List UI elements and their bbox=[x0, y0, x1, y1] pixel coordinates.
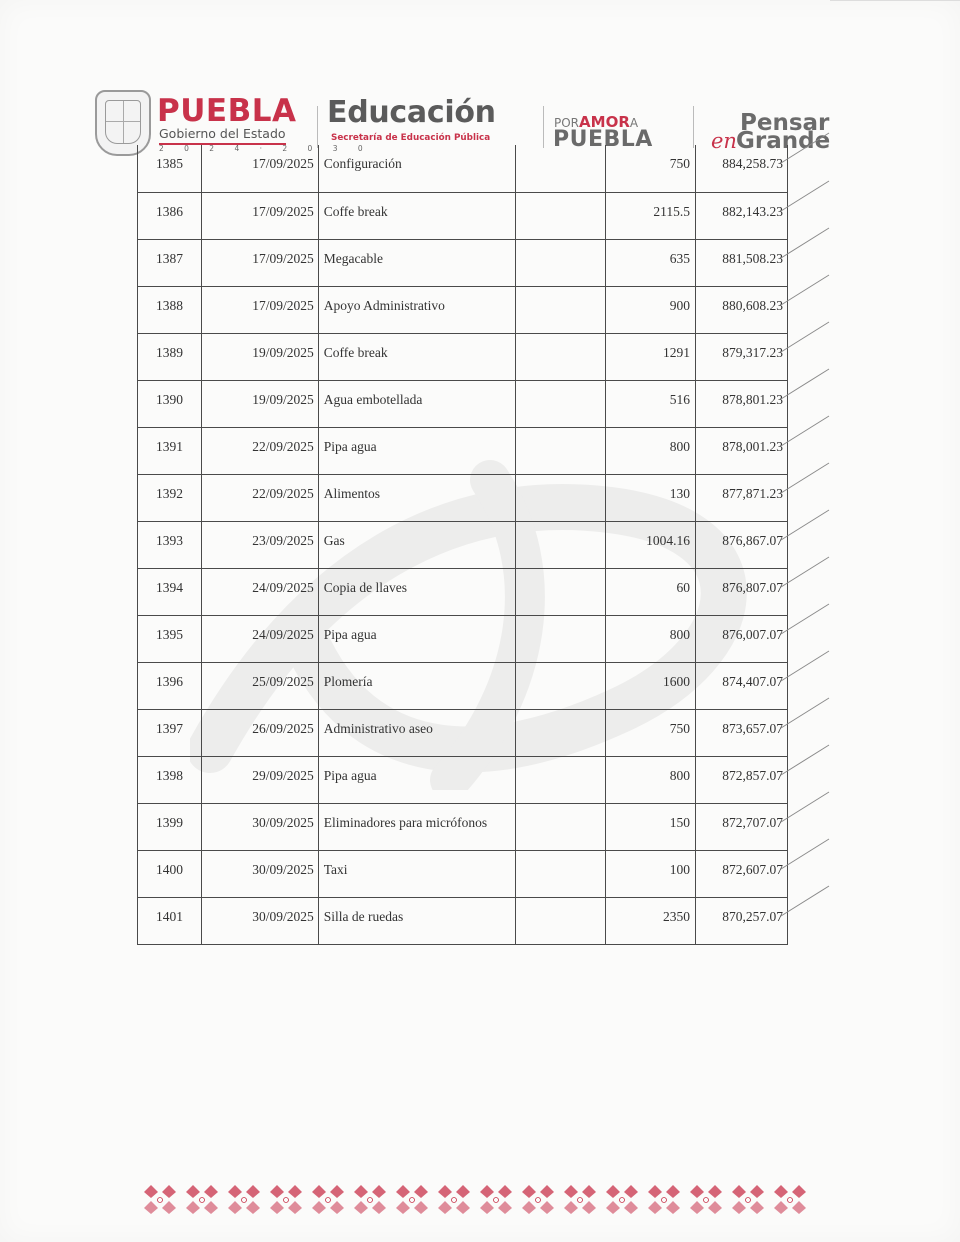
row-folio-text: 1391 bbox=[156, 439, 183, 454]
row-folio: 1397 bbox=[138, 709, 202, 756]
row-balance: 872,857.07 bbox=[696, 756, 788, 803]
row-folio-text: 1400 bbox=[156, 862, 183, 877]
row-amount-text: 2115.5 bbox=[653, 204, 690, 219]
row-balance-text: 870,257.07 bbox=[722, 909, 783, 924]
row-concept: Pipa agua bbox=[318, 427, 516, 474]
row-amount-text: 750 bbox=[670, 156, 690, 171]
row-amount-text: 1291 bbox=[663, 345, 690, 360]
row-balance: 872,607.07 bbox=[696, 850, 788, 897]
row-balance: 882,143.23 bbox=[696, 192, 788, 239]
row-concept: Silla de ruedas bbox=[318, 897, 516, 944]
row-balance-text: 877,871.23 bbox=[722, 486, 783, 501]
row-amount-text: 800 bbox=[670, 627, 690, 642]
row-concept-text: Eliminadores para micrófonos bbox=[324, 815, 487, 830]
row-concept: Plomería bbox=[318, 662, 516, 709]
row-concept: Copia de llaves bbox=[318, 568, 516, 615]
row-folio-text: 1392 bbox=[156, 486, 183, 501]
row-amount: 150 bbox=[606, 803, 696, 850]
table-row: 138817/09/2025Apoyo Administrativo900880… bbox=[138, 286, 788, 333]
row-date-text: 22/09/2025 bbox=[252, 439, 314, 454]
header-divider bbox=[317, 106, 318, 148]
row-balance: 873,657.07 bbox=[696, 709, 788, 756]
row-folio: 1390 bbox=[138, 380, 202, 427]
row-folio: 1388 bbox=[138, 286, 202, 333]
table-row: 140030/09/2025Taxi100872,607.07 bbox=[138, 850, 788, 897]
row-amount-text: 150 bbox=[670, 815, 690, 830]
row-concept: Pipa agua bbox=[318, 615, 516, 662]
row-folio: 1391 bbox=[138, 427, 202, 474]
row-amount: 1600 bbox=[606, 662, 696, 709]
table-row: 139930/09/2025Eliminadores para micrófon… bbox=[138, 803, 788, 850]
row-balance-text: 884,258.73 bbox=[722, 156, 783, 171]
row-amount-text: 900 bbox=[670, 298, 690, 313]
row-balance: 876,007.07 bbox=[696, 615, 788, 662]
row-amount: 750 bbox=[606, 709, 696, 756]
row-folio: 1399 bbox=[138, 803, 202, 850]
row-folio-text: 1401 bbox=[156, 909, 183, 924]
state-subtitle: Gobierno del Estado bbox=[159, 128, 286, 145]
row-amount-text: 100 bbox=[670, 862, 690, 877]
table-row: 139524/09/2025Pipa agua800876,007.07 bbox=[138, 615, 788, 662]
row-extra bbox=[516, 709, 606, 756]
row-date: 19/09/2025 bbox=[201, 333, 318, 380]
row-concept-text: Gas bbox=[324, 533, 345, 548]
row-date: 22/09/2025 bbox=[201, 474, 318, 521]
row-date: 17/09/2025 bbox=[201, 145, 318, 192]
row-amount-text: 516 bbox=[670, 392, 690, 407]
row-balance-text: 878,801.23 bbox=[722, 392, 783, 407]
row-folio-text: 1399 bbox=[156, 815, 183, 830]
row-date: 19/09/2025 bbox=[201, 380, 318, 427]
row-date: 26/09/2025 bbox=[201, 709, 318, 756]
row-folio: 1395 bbox=[138, 615, 202, 662]
row-balance: 872,707.07 bbox=[696, 803, 788, 850]
row-folio: 1396 bbox=[138, 662, 202, 709]
row-balance: 881,508.23 bbox=[696, 239, 788, 286]
row-extra bbox=[516, 521, 606, 568]
row-extra bbox=[516, 239, 606, 286]
row-amount-text: 750 bbox=[670, 721, 690, 736]
row-balance-text: 876,867.07 bbox=[722, 533, 783, 548]
row-folio: 1398 bbox=[138, 756, 202, 803]
row-extra bbox=[516, 897, 606, 944]
row-date: 30/09/2025 bbox=[201, 897, 318, 944]
talavera-pattern-icon bbox=[140, 1183, 812, 1219]
row-balance-text: 882,143.23 bbox=[722, 204, 783, 219]
row-concept-text: Apoyo Administrativo bbox=[324, 298, 445, 313]
row-concept: Configuración bbox=[318, 145, 516, 192]
table-row: 139726/09/2025Administrativo aseo750873,… bbox=[138, 709, 788, 756]
table-row: 140130/09/2025Silla de ruedas2350870,257… bbox=[138, 897, 788, 944]
row-balance-text: 872,857.07 bbox=[722, 768, 783, 783]
row-balance-text: 878,001.23 bbox=[722, 439, 783, 454]
row-amount: 60 bbox=[606, 568, 696, 615]
row-concept-text: Plomería bbox=[324, 674, 373, 689]
row-balance-text: 872,707.07 bbox=[722, 815, 783, 830]
row-date: 30/09/2025 bbox=[201, 803, 318, 850]
row-folio-text: 1395 bbox=[156, 627, 183, 642]
row-balance-text: 876,807.07 bbox=[722, 580, 783, 595]
table-row: 139829/09/2025Pipa agua800872,857.07 bbox=[138, 756, 788, 803]
row-date-text: 24/09/2025 bbox=[252, 627, 314, 642]
row-folio-text: 1387 bbox=[156, 251, 183, 266]
row-amount-text: 800 bbox=[670, 768, 690, 783]
row-date: 17/09/2025 bbox=[201, 192, 318, 239]
row-date-text: 19/09/2025 bbox=[252, 345, 314, 360]
agency-subtitle: Secretaría de Educación Pública bbox=[331, 134, 490, 143]
row-date: 30/09/2025 bbox=[201, 850, 318, 897]
row-amount: 750 bbox=[606, 145, 696, 192]
state-name: PUEBLA bbox=[157, 96, 296, 127]
row-amount-text: 60 bbox=[677, 580, 691, 595]
row-date: 24/09/2025 bbox=[201, 615, 318, 662]
row-folio-text: 1398 bbox=[156, 768, 183, 783]
row-date-text: 17/09/2025 bbox=[252, 156, 314, 171]
row-balance: 880,608.23 bbox=[696, 286, 788, 333]
row-folio: 1394 bbox=[138, 568, 202, 615]
row-date: 24/09/2025 bbox=[201, 568, 318, 615]
row-folio: 1387 bbox=[138, 239, 202, 286]
row-concept: Alimentos bbox=[318, 474, 516, 521]
row-concept: Taxi bbox=[318, 850, 516, 897]
row-date-text: 17/09/2025 bbox=[252, 251, 314, 266]
row-amount: 800 bbox=[606, 615, 696, 662]
row-balance: 884,258.73 bbox=[696, 145, 788, 192]
row-balance: 877,871.23 bbox=[696, 474, 788, 521]
row-folio-text: 1394 bbox=[156, 580, 183, 595]
row-extra bbox=[516, 286, 606, 333]
row-concept-text: Alimentos bbox=[324, 486, 380, 501]
row-concept: Coffe break bbox=[318, 333, 516, 380]
row-amount: 1004.16 bbox=[606, 521, 696, 568]
row-balance-text: 881,508.23 bbox=[722, 251, 783, 266]
row-amount: 635 bbox=[606, 239, 696, 286]
row-concept-text: Agua embotellada bbox=[324, 392, 423, 407]
row-amount-text: 130 bbox=[670, 486, 690, 501]
row-folio-text: 1390 bbox=[156, 392, 183, 407]
row-concept-text: Taxi bbox=[324, 862, 348, 877]
row-extra bbox=[516, 803, 606, 850]
row-folio-text: 1386 bbox=[156, 204, 183, 219]
row-extra bbox=[516, 615, 606, 662]
row-folio: 1385 bbox=[138, 145, 202, 192]
row-date-text: 25/09/2025 bbox=[252, 674, 314, 689]
row-concept: Coffe break bbox=[318, 192, 516, 239]
row-balance: 879,317.23 bbox=[696, 333, 788, 380]
row-concept-text: Silla de ruedas bbox=[324, 909, 403, 924]
row-date-text: 22/09/2025 bbox=[252, 486, 314, 501]
scan-edge-line bbox=[830, 0, 960, 1]
row-date-text: 23/09/2025 bbox=[252, 533, 314, 548]
row-concept-text: Copia de llaves bbox=[324, 580, 407, 595]
table-row: 139424/09/2025Copia de llaves60876,807.0… bbox=[138, 568, 788, 615]
row-folio-text: 1393 bbox=[156, 533, 183, 548]
header-divider bbox=[693, 106, 694, 148]
row-extra bbox=[516, 333, 606, 380]
row-extra bbox=[516, 145, 606, 192]
row-date: 25/09/2025 bbox=[201, 662, 318, 709]
row-date-text: 26/09/2025 bbox=[252, 721, 314, 736]
row-balance-text: 876,007.07 bbox=[722, 627, 783, 642]
row-balance: 876,867.07 bbox=[696, 521, 788, 568]
row-date-text: 30/09/2025 bbox=[252, 909, 314, 924]
row-folio: 1401 bbox=[138, 897, 202, 944]
row-amount: 516 bbox=[606, 380, 696, 427]
row-amount: 1291 bbox=[606, 333, 696, 380]
row-concept-text: Configuración bbox=[324, 156, 402, 171]
row-date-text: 17/09/2025 bbox=[252, 298, 314, 313]
row-folio-text: 1388 bbox=[156, 298, 183, 313]
row-concept-text: Coffe break bbox=[324, 345, 388, 360]
table-row: 138919/09/2025Coffe break1291879,317.23 bbox=[138, 333, 788, 380]
row-balance: 874,407.07 bbox=[696, 662, 788, 709]
row-concept-text: Administrativo aseo bbox=[324, 721, 433, 736]
row-concept: Pipa agua bbox=[318, 756, 516, 803]
row-extra bbox=[516, 850, 606, 897]
table-row: 138717/09/2025Megacable635881,508.23 bbox=[138, 239, 788, 286]
row-date-text: 24/09/2025 bbox=[252, 580, 314, 595]
row-folio-text: 1385 bbox=[156, 156, 183, 171]
row-folio: 1393 bbox=[138, 521, 202, 568]
row-date-text: 19/09/2025 bbox=[252, 392, 314, 407]
agency-title: Educación bbox=[327, 98, 496, 128]
table-row: 138617/09/2025Coffe break2115.5882,143.2… bbox=[138, 192, 788, 239]
table-row: 139222/09/2025Alimentos130877,871.23 bbox=[138, 474, 788, 521]
row-amount: 130 bbox=[606, 474, 696, 521]
row-amount: 100 bbox=[606, 850, 696, 897]
row-balance: 878,001.23 bbox=[696, 427, 788, 474]
row-extra bbox=[516, 756, 606, 803]
row-folio-text: 1396 bbox=[156, 674, 183, 689]
row-concept-text: Pipa agua bbox=[324, 627, 377, 642]
row-date: 17/09/2025 bbox=[201, 239, 318, 286]
row-date-text: 30/09/2025 bbox=[252, 862, 314, 877]
table-row: 139122/09/2025Pipa agua800878,001.23 bbox=[138, 427, 788, 474]
row-balance: 870,257.07 bbox=[696, 897, 788, 944]
table-row: 139019/09/2025Agua embotellada516878,801… bbox=[138, 380, 788, 427]
row-concept-text: Pipa agua bbox=[324, 768, 377, 783]
row-amount-text: 2350 bbox=[663, 909, 690, 924]
row-concept: Megacable bbox=[318, 239, 516, 286]
row-date-text: 17/09/2025 bbox=[252, 204, 314, 219]
row-balance-text: 873,657.07 bbox=[722, 721, 783, 736]
row-folio: 1400 bbox=[138, 850, 202, 897]
row-date-text: 29/09/2025 bbox=[252, 768, 314, 783]
row-amount: 2350 bbox=[606, 897, 696, 944]
row-extra bbox=[516, 427, 606, 474]
row-amount: 2115.5 bbox=[606, 192, 696, 239]
row-balance-text: 872,607.07 bbox=[722, 862, 783, 877]
row-amount-text: 1600 bbox=[663, 674, 690, 689]
row-balance-text: 879,317.23 bbox=[722, 345, 783, 360]
row-date-text: 30/09/2025 bbox=[252, 815, 314, 830]
row-folio: 1392 bbox=[138, 474, 202, 521]
row-folio: 1386 bbox=[138, 192, 202, 239]
row-amount: 900 bbox=[606, 286, 696, 333]
row-concept-text: Pipa agua bbox=[324, 439, 377, 454]
row-balance: 876,807.07 bbox=[696, 568, 788, 615]
row-concept: Agua embotellada bbox=[318, 380, 516, 427]
table-row: 138517/09/2025Configuración750884,258.73 bbox=[138, 145, 788, 192]
row-amount: 800 bbox=[606, 427, 696, 474]
row-amount: 800 bbox=[606, 756, 696, 803]
expense-ledger-table: 138517/09/2025Configuración750884,258.73… bbox=[137, 145, 788, 945]
row-amount-text: 1004.16 bbox=[646, 533, 690, 548]
row-concept: Administrativo aseo bbox=[318, 709, 516, 756]
table-row: 139625/09/2025Plomería1600874,407.07 bbox=[138, 662, 788, 709]
row-extra bbox=[516, 662, 606, 709]
row-folio-text: 1389 bbox=[156, 345, 183, 360]
row-extra bbox=[516, 568, 606, 615]
row-date: 29/09/2025 bbox=[201, 756, 318, 803]
row-extra bbox=[516, 380, 606, 427]
row-folio: 1389 bbox=[138, 333, 202, 380]
row-amount-text: 635 bbox=[670, 251, 690, 266]
row-date: 22/09/2025 bbox=[201, 427, 318, 474]
row-concept: Apoyo Administrativo bbox=[318, 286, 516, 333]
row-date: 23/09/2025 bbox=[201, 521, 318, 568]
header-divider bbox=[543, 106, 544, 148]
row-balance-text: 874,407.07 bbox=[722, 674, 783, 689]
row-folio-text: 1397 bbox=[156, 721, 183, 736]
row-date: 17/09/2025 bbox=[201, 286, 318, 333]
table-row: 139323/09/2025Gas1004.16876,867.07 bbox=[138, 521, 788, 568]
row-concept: Gas bbox=[318, 521, 516, 568]
row-amount-text: 800 bbox=[670, 439, 690, 454]
row-extra bbox=[516, 192, 606, 239]
row-balance-text: 880,608.23 bbox=[722, 298, 783, 313]
row-concept: Eliminadores para micrófonos bbox=[318, 803, 516, 850]
row-concept-text: Coffe break bbox=[324, 204, 388, 219]
row-balance: 878,801.23 bbox=[696, 380, 788, 427]
row-concept-text: Megacable bbox=[324, 251, 383, 266]
row-extra bbox=[516, 474, 606, 521]
